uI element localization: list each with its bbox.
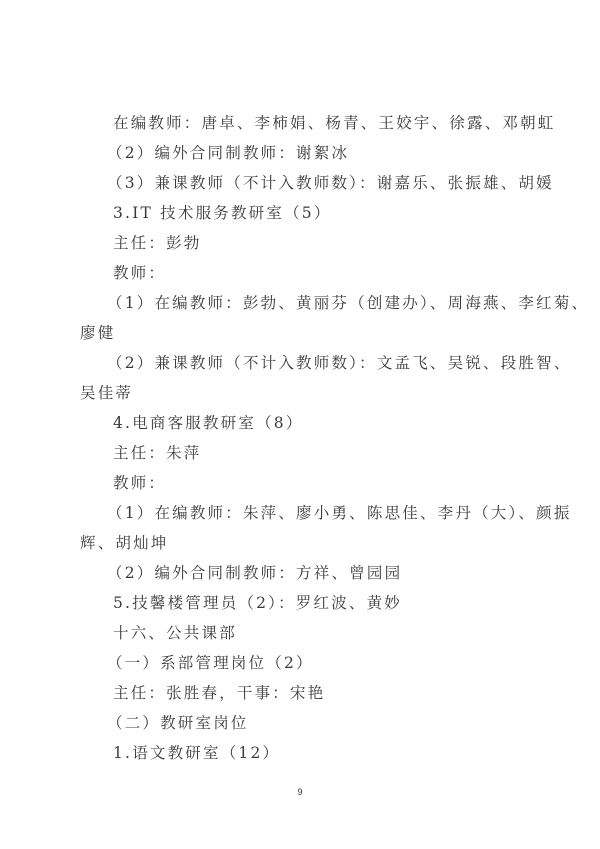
text-line: （1）在编教师：彭勃、黄丽芬（创建办）、周海燕、李红菊、 [107, 293, 589, 313]
text-line: （3）兼课教师（不计入教师数）：谢嘉乐、张振雄、胡媛 [107, 173, 554, 193]
text-line: 吴佳蒂 [80, 383, 133, 403]
text-line: 廖健 [80, 323, 115, 343]
text-line: 在编教师：唐卓、李柿娟、杨青、王姣宇、徐露、邓朝虹 [113, 113, 556, 133]
text-line: 辉、胡灿坤 [80, 533, 169, 553]
text-line: 主任：张胜春，干事：宋艳 [113, 683, 325, 703]
page-number: 9 [0, 787, 600, 797]
document-page: 在编教师：唐卓、李柿娟、杨青、王姣宇、徐露、邓朝虹 （2）编外合同制教师：谢絮冰… [0, 0, 600, 849]
section-heading: 3.IT 技术服务教研室（5） [113, 203, 332, 223]
text-line: 教师： [113, 473, 166, 493]
section-heading: 4.电商客服教研室（8） [113, 413, 304, 433]
section-heading: 十六、公共课部 [113, 623, 237, 643]
text-line: 主任：朱萍 [113, 443, 202, 463]
text-line: （二）教研室岗位 [107, 713, 249, 733]
text-line: （2）编外合同制教师：方祥、曾园园 [107, 563, 402, 583]
text-line: 主任：彭勃 [113, 233, 202, 253]
text-line: （2）兼课教师（不计入教师数）：文孟飞、吴锐、段胜智、 [107, 353, 572, 373]
section-heading: 1.语文教研室（12） [113, 743, 280, 763]
section-heading: 5.技馨楼管理员（2）：罗红波、黄妙 [113, 593, 402, 613]
text-line: 教师： [113, 263, 166, 283]
text-line: （2）编外合同制教师：谢絮冰 [107, 143, 349, 163]
text-line: （一）系部管理岗位（2） [107, 653, 314, 673]
text-line: （1）在编教师：朱萍、廖小勇、陈思佳、李丹（大）、颜振 [107, 503, 572, 523]
